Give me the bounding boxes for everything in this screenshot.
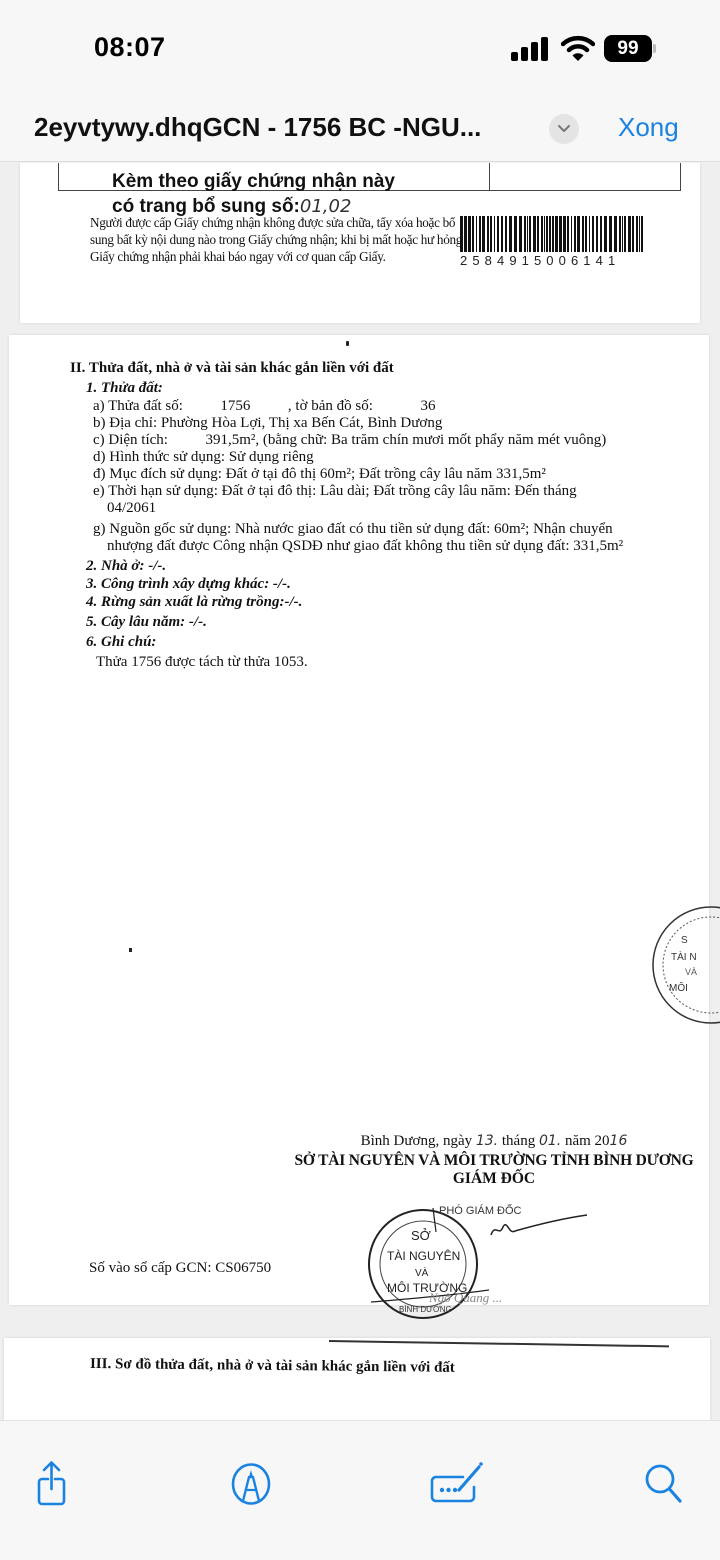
status-bar: 08:07 99 xyxy=(0,0,720,100)
parcel-label: a) Thửa đất số: xyxy=(93,398,183,414)
land-origin: g) Nguồn gốc sử dụng: Nhà nước giao đất … xyxy=(93,521,613,538)
land-heading: 1. Thửa đất: xyxy=(86,380,163,397)
area-label: c) Diện tích: xyxy=(93,432,168,448)
document-page-2: II. Thửa đất, nhà ở và tài sản khác gắn … xyxy=(9,335,709,1305)
land-parcel-number: a) Thửa đất số: 1756 , tờ bản đồ số: 36 xyxy=(93,398,435,415)
signature-button[interactable] xyxy=(428,1459,486,1509)
svg-text:BÌNH DƯƠNG: BÌNH DƯƠNG xyxy=(399,1305,452,1314)
attachment-box-right xyxy=(471,163,681,191)
document-page-1: Kèm theo giấy chứng nhận này có trang bổ… xyxy=(20,163,700,323)
search-icon xyxy=(643,1459,687,1509)
section-2-title: II. Thửa đất, nhà ở và tài sản khác gắn … xyxy=(70,360,394,377)
section-3-title: III. Sơ đồ thửa đất, nhà ở và tài sản kh… xyxy=(90,1356,455,1377)
svg-text:VÀ: VÀ xyxy=(415,1266,429,1279)
land-use-term: e) Thời hạn sử dụng: Đất ở tại đô thị: L… xyxy=(93,483,577,500)
perennial-item: 5. Cây lâu năm: -/-. xyxy=(86,614,207,631)
map-sheet-value: 36 xyxy=(420,398,435,414)
title-menu-button[interactable] xyxy=(549,114,579,144)
markup-icon xyxy=(226,1459,276,1509)
partial-stamp-icon: S TÀI N VÀ MÔI xyxy=(631,905,720,1025)
attachment-line-1: Kèm theo giấy chứng nhận này xyxy=(112,171,395,193)
done-button[interactable]: Xong xyxy=(618,112,679,143)
land-address: b) Địa chỉ: Phường Hòa Lợi, Thị xa Bến C… xyxy=(93,415,442,432)
svg-text:SỞ: SỞ xyxy=(411,1228,431,1243)
svg-text:TÀI NGUYÊN: TÀI NGUYÊN xyxy=(387,1248,460,1263)
land-use-purpose: đ) Mục đích sử dụng: Đất ở tại đô thị 60… xyxy=(93,466,546,483)
document-page-3: III. Sơ đồ thửa đất, nhà ở và tài sản kh… xyxy=(4,1338,710,1420)
signature-icon xyxy=(428,1459,486,1509)
date-month: 01. xyxy=(539,1133,561,1149)
land-use-form: d) Hình thức sử dụng: Sử dụng riêng xyxy=(93,449,314,466)
house-item: 2. Nhà ở: -/-. xyxy=(86,558,166,575)
land-use-term-cont: 04/2061 xyxy=(107,500,156,517)
barcode-number: 2584915006141 xyxy=(460,253,650,268)
svg-text:TÀI N: TÀI N xyxy=(671,950,697,963)
land-area: c) Diện tích: 391,5m², (bằng chữ: Ba tră… xyxy=(93,432,606,449)
signer-title: GIÁM ĐỐC xyxy=(274,1170,714,1188)
markup-button[interactable] xyxy=(226,1459,276,1509)
document-title[interactable]: 2eyvtywy.dhqGCN - 1756 BC -NGU... xyxy=(34,112,481,143)
parcel-value: 1756 xyxy=(220,398,250,414)
other-construction-item: 3. Công trình xây dựng khác: -/-. xyxy=(86,576,291,593)
chevron-down-icon xyxy=(557,123,571,135)
battery-level: 99 xyxy=(604,35,652,62)
document-viewer[interactable]: Kèm theo giấy chứng nhận này có trang bổ… xyxy=(0,163,720,1420)
battery-icon: 99 xyxy=(604,35,656,62)
registry-number: Số vào sổ cấp GCN: CS06750 xyxy=(89,1260,271,1277)
issuing-organization: SỞ TÀI NGUYÊN VÀ MÔI TRƯỜNG TỈNH BÌNH DƯ… xyxy=(274,1152,714,1170)
date-year: 16 xyxy=(610,1133,628,1149)
map-sheet-label: , tờ bản đồ số: xyxy=(288,398,373,414)
sign-date: Bình Dương, ngày 13. tháng 01. năm 2016 xyxy=(274,1133,714,1150)
signature-scribble-icon xyxy=(489,1213,589,1243)
diagram-line xyxy=(329,1340,669,1347)
barcode xyxy=(460,216,644,252)
svg-text:VÀ: VÀ xyxy=(685,967,697,977)
share-icon xyxy=(28,1459,78,1509)
document-title-bar: 2eyvtywy.dhqGCN - 1756 BC -NGU... Xong xyxy=(0,100,720,162)
cellular-signal-icon xyxy=(511,37,549,61)
land-origin-cont: nhượng đất được Công nhận QSDĐ như giao … xyxy=(107,538,623,555)
area-value: 391,5m², (bằng chữ: Ba trăm chín mươi mố… xyxy=(205,432,606,448)
date-month-label: tháng xyxy=(502,1133,535,1149)
date-year-label: năm 20 xyxy=(565,1133,610,1149)
forest-item: 4. Rừng sản xuất là rừng trồng:-/-. xyxy=(86,594,302,611)
notes-text: Thửa 1756 được tách từ thửa 1053. xyxy=(96,654,308,671)
signer-name: Ngô Quang ... xyxy=(429,1290,502,1306)
svg-text:MÔI: MÔI xyxy=(669,981,688,994)
bottom-toolbar xyxy=(0,1420,720,1560)
svg-text:S: S xyxy=(681,935,688,946)
notes-heading: 6. Ghi chú: xyxy=(86,634,156,651)
date-day: 13. xyxy=(476,1133,498,1149)
certificate-warning-text: Người được cấp Giấy chứng nhận không đượ… xyxy=(90,214,470,265)
search-button[interactable] xyxy=(643,1459,687,1509)
signature-block: Bình Dương, ngày 13. tháng 01. năm 2016 … xyxy=(274,1133,714,1188)
date-prefix: Bình Dương, ngày xyxy=(361,1133,472,1149)
share-button[interactable] xyxy=(28,1459,78,1509)
wifi-icon xyxy=(561,34,595,62)
status-time: 08:07 xyxy=(94,32,166,63)
